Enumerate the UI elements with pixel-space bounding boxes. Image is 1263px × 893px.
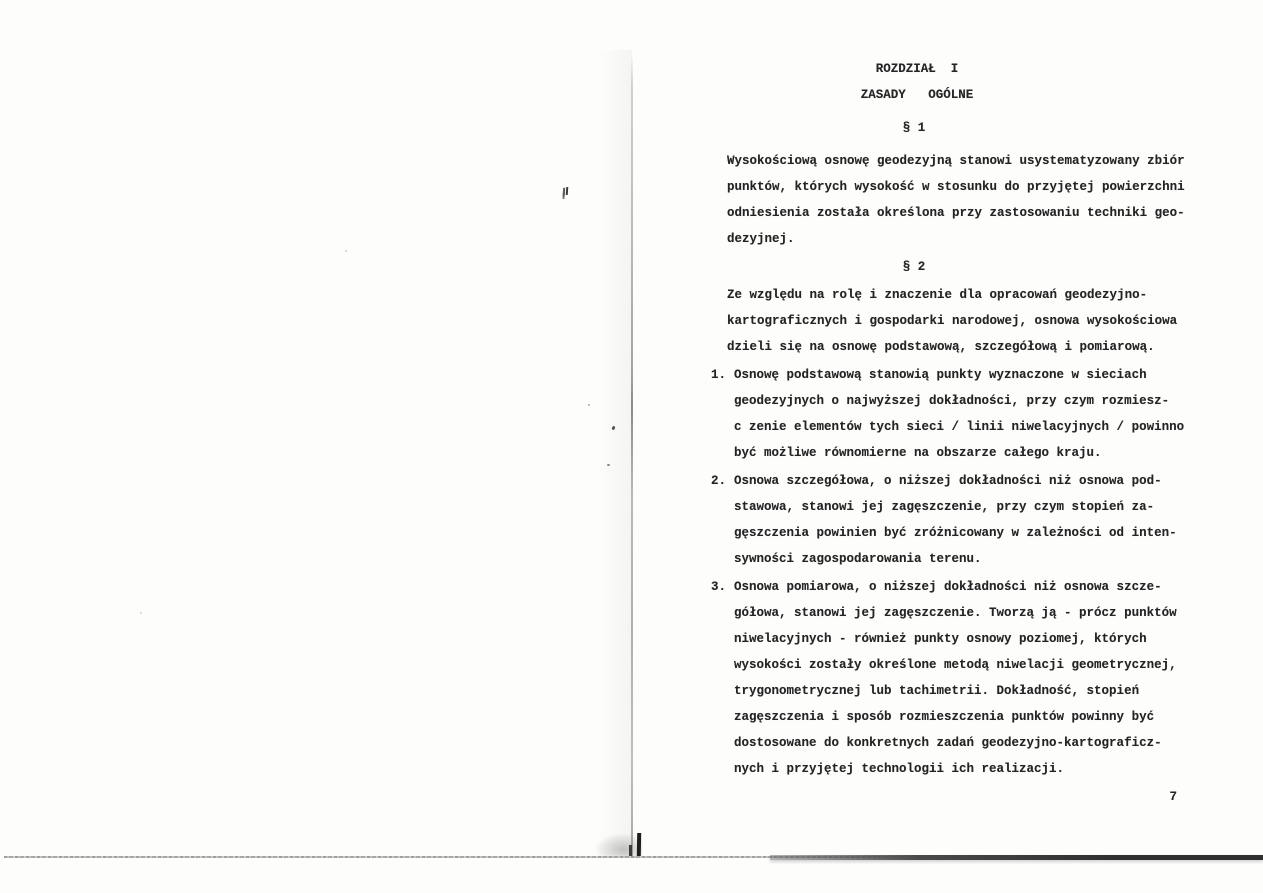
page-number: 7 xyxy=(711,784,1193,810)
ink-smudge-mark xyxy=(566,187,569,195)
item-number: 1. xyxy=(711,362,734,466)
gutter-shading xyxy=(598,50,632,856)
spine-smudge xyxy=(596,834,642,856)
spine-bookmark-tick xyxy=(637,833,641,856)
page-bottom-edge-thick xyxy=(770,855,1263,860)
ordered-item-3: 3. Osnowa pomiarowa, o niższej dokładnoś… xyxy=(711,574,1193,782)
spine-shadow-line xyxy=(631,54,633,856)
scanned-book-spread: ROZDZIAŁ I ZASADY OGÓLNE § 1 Wysokościow… xyxy=(0,0,1263,893)
scan-speck xyxy=(345,250,347,252)
right-page-text-column: ROZDZIAŁ I ZASADY OGÓLNE § 1 Wysokościow… xyxy=(711,56,1193,810)
paragraph-label-2: § 2 xyxy=(711,254,1193,280)
spine-bookmark-tick-small xyxy=(629,845,632,856)
item-text: Osnowa szczegółowa, o niższej dokładnośc… xyxy=(734,468,1177,572)
ordered-item-1: 1. Osnowę podstawową stanowią punkty wyz… xyxy=(711,362,1193,466)
chapter-heading: ROZDZIAŁ I xyxy=(711,56,1193,82)
scan-speck xyxy=(588,404,590,406)
item-number: 3. xyxy=(711,574,734,782)
scan-speck xyxy=(140,612,142,614)
section-heading: ZASADY OGÓLNE xyxy=(711,82,1193,108)
paragraph-label-1: § 1 xyxy=(711,115,1193,141)
paragraph-2-intro: Ze względu na rolę i znaczenie dla oprac… xyxy=(727,282,1193,360)
item-number: 2. xyxy=(711,468,734,572)
ordered-item-2: 2. Osnowa szczegółowa, o niższej dokładn… xyxy=(711,468,1193,572)
item-text: Osnowę podstawową stanowią punkty wyznac… xyxy=(734,362,1184,466)
item-text: Osnowa pomiarowa, o niższej dokładności … xyxy=(734,574,1177,782)
paragraph-1-text: Wysokościową osnowę geodezyjną stanowi u… xyxy=(727,148,1193,252)
